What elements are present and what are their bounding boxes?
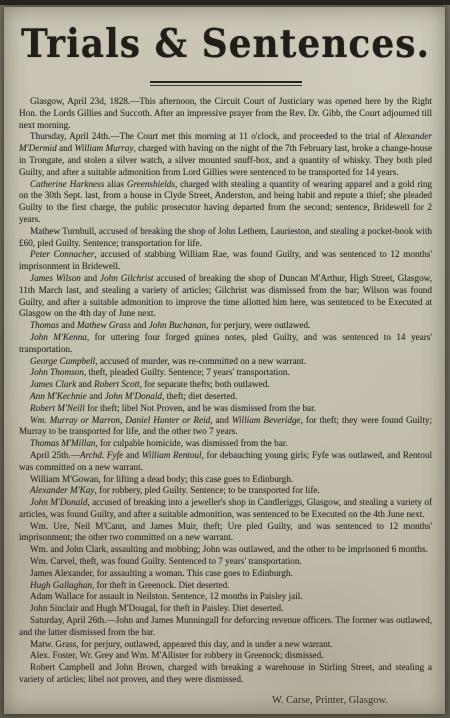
paragraph: John Thomson, theft, pleaded Guilty. Sen… bbox=[19, 367, 432, 379]
paragraph: James Wilson and John Gilchrist accused … bbox=[19, 273, 432, 320]
paragraph: James Alexander, for assaulting a woman.… bbox=[19, 568, 432, 580]
broadside-paper: Trials & Sentences. Glasgow, April 23d, … bbox=[4, 7, 445, 714]
title-divider bbox=[150, 81, 302, 86]
paragraph: Wm. Murray or Marron, Daniel Hunter or R… bbox=[19, 415, 432, 439]
paragraph: Hugh Gallaghan, for theft in Greenock. D… bbox=[19, 580, 432, 592]
paragraph: John M'Kenna, for uttering four forged g… bbox=[19, 332, 432, 356]
paragraph: Thomas and Mathew Grass and John Buchana… bbox=[19, 320, 432, 332]
paragraph: Wm. and John Clark, assaulting and mobbi… bbox=[19, 544, 432, 556]
paragraph: Glasgow, April 23d, 1828.—This afternoon… bbox=[19, 96, 432, 131]
printer-imprint: W. Carse, Printer, Glasgow. bbox=[19, 695, 432, 706]
paragraph: James Clark and Robert Scott, for separa… bbox=[19, 379, 432, 391]
paragraph: William M'Gowan, for lifting a dead body… bbox=[19, 474, 432, 486]
document-body: Glasgow, April 23d, 1828.—This afternoon… bbox=[19, 96, 432, 686]
paragraph: Thursday, April 24th.—The Court met this… bbox=[19, 131, 432, 178]
paragraph: Wm. Ure, Neil M'Cann, and James Muir, th… bbox=[19, 521, 432, 545]
paragraph: Wm. Carvel, theft, was found Guilty. Sen… bbox=[19, 556, 432, 568]
paragraph: Robert M'Neill for theft; libel Not Prov… bbox=[19, 403, 432, 415]
paragraph: John M'Donald, accused of breaking into … bbox=[19, 497, 432, 521]
paragraph: Mathew Turnbull, accused of breaking the… bbox=[19, 226, 432, 250]
paragraph: George Campbell, accused of murder, was … bbox=[19, 356, 432, 368]
paragraph: Alexander M'Kay, for robbery, pled Guilt… bbox=[19, 485, 432, 497]
paragraph: Robert Campbell and John Brown, charged … bbox=[19, 662, 432, 686]
paragraph: Adam Wallace for assault in Neilston. Se… bbox=[19, 591, 432, 603]
paragraph: Catherine Harkness alias Greenshields, c… bbox=[19, 179, 432, 226]
paragraph: Ann M'Kechnie and John M'Donald, theft; … bbox=[19, 391, 432, 403]
scan-background: Trials & Sentences. Glasgow, April 23d, … bbox=[0, 0, 450, 718]
paragraph: April 25th.—Archd. Fyfe and William Rent… bbox=[19, 450, 432, 474]
paragraph: John Sinclair and Hugh M'Dougal, for the… bbox=[19, 603, 432, 615]
paragraph: Alex. Foster, Wr. Grey and Wm. M'Alliste… bbox=[19, 650, 432, 662]
document-title: Trials & Sentences. bbox=[19, 21, 432, 66]
paragraph: Matw. Grass, for perjury, outlawed, appe… bbox=[19, 639, 432, 651]
paragraph: Saturday, April 26th.—John and James Mun… bbox=[19, 615, 432, 639]
paragraph: Peter Connacher, accused of stabbing Wil… bbox=[19, 249, 432, 273]
paragraph: Thomas M'Millan, for culpable homicide, … bbox=[19, 438, 432, 450]
